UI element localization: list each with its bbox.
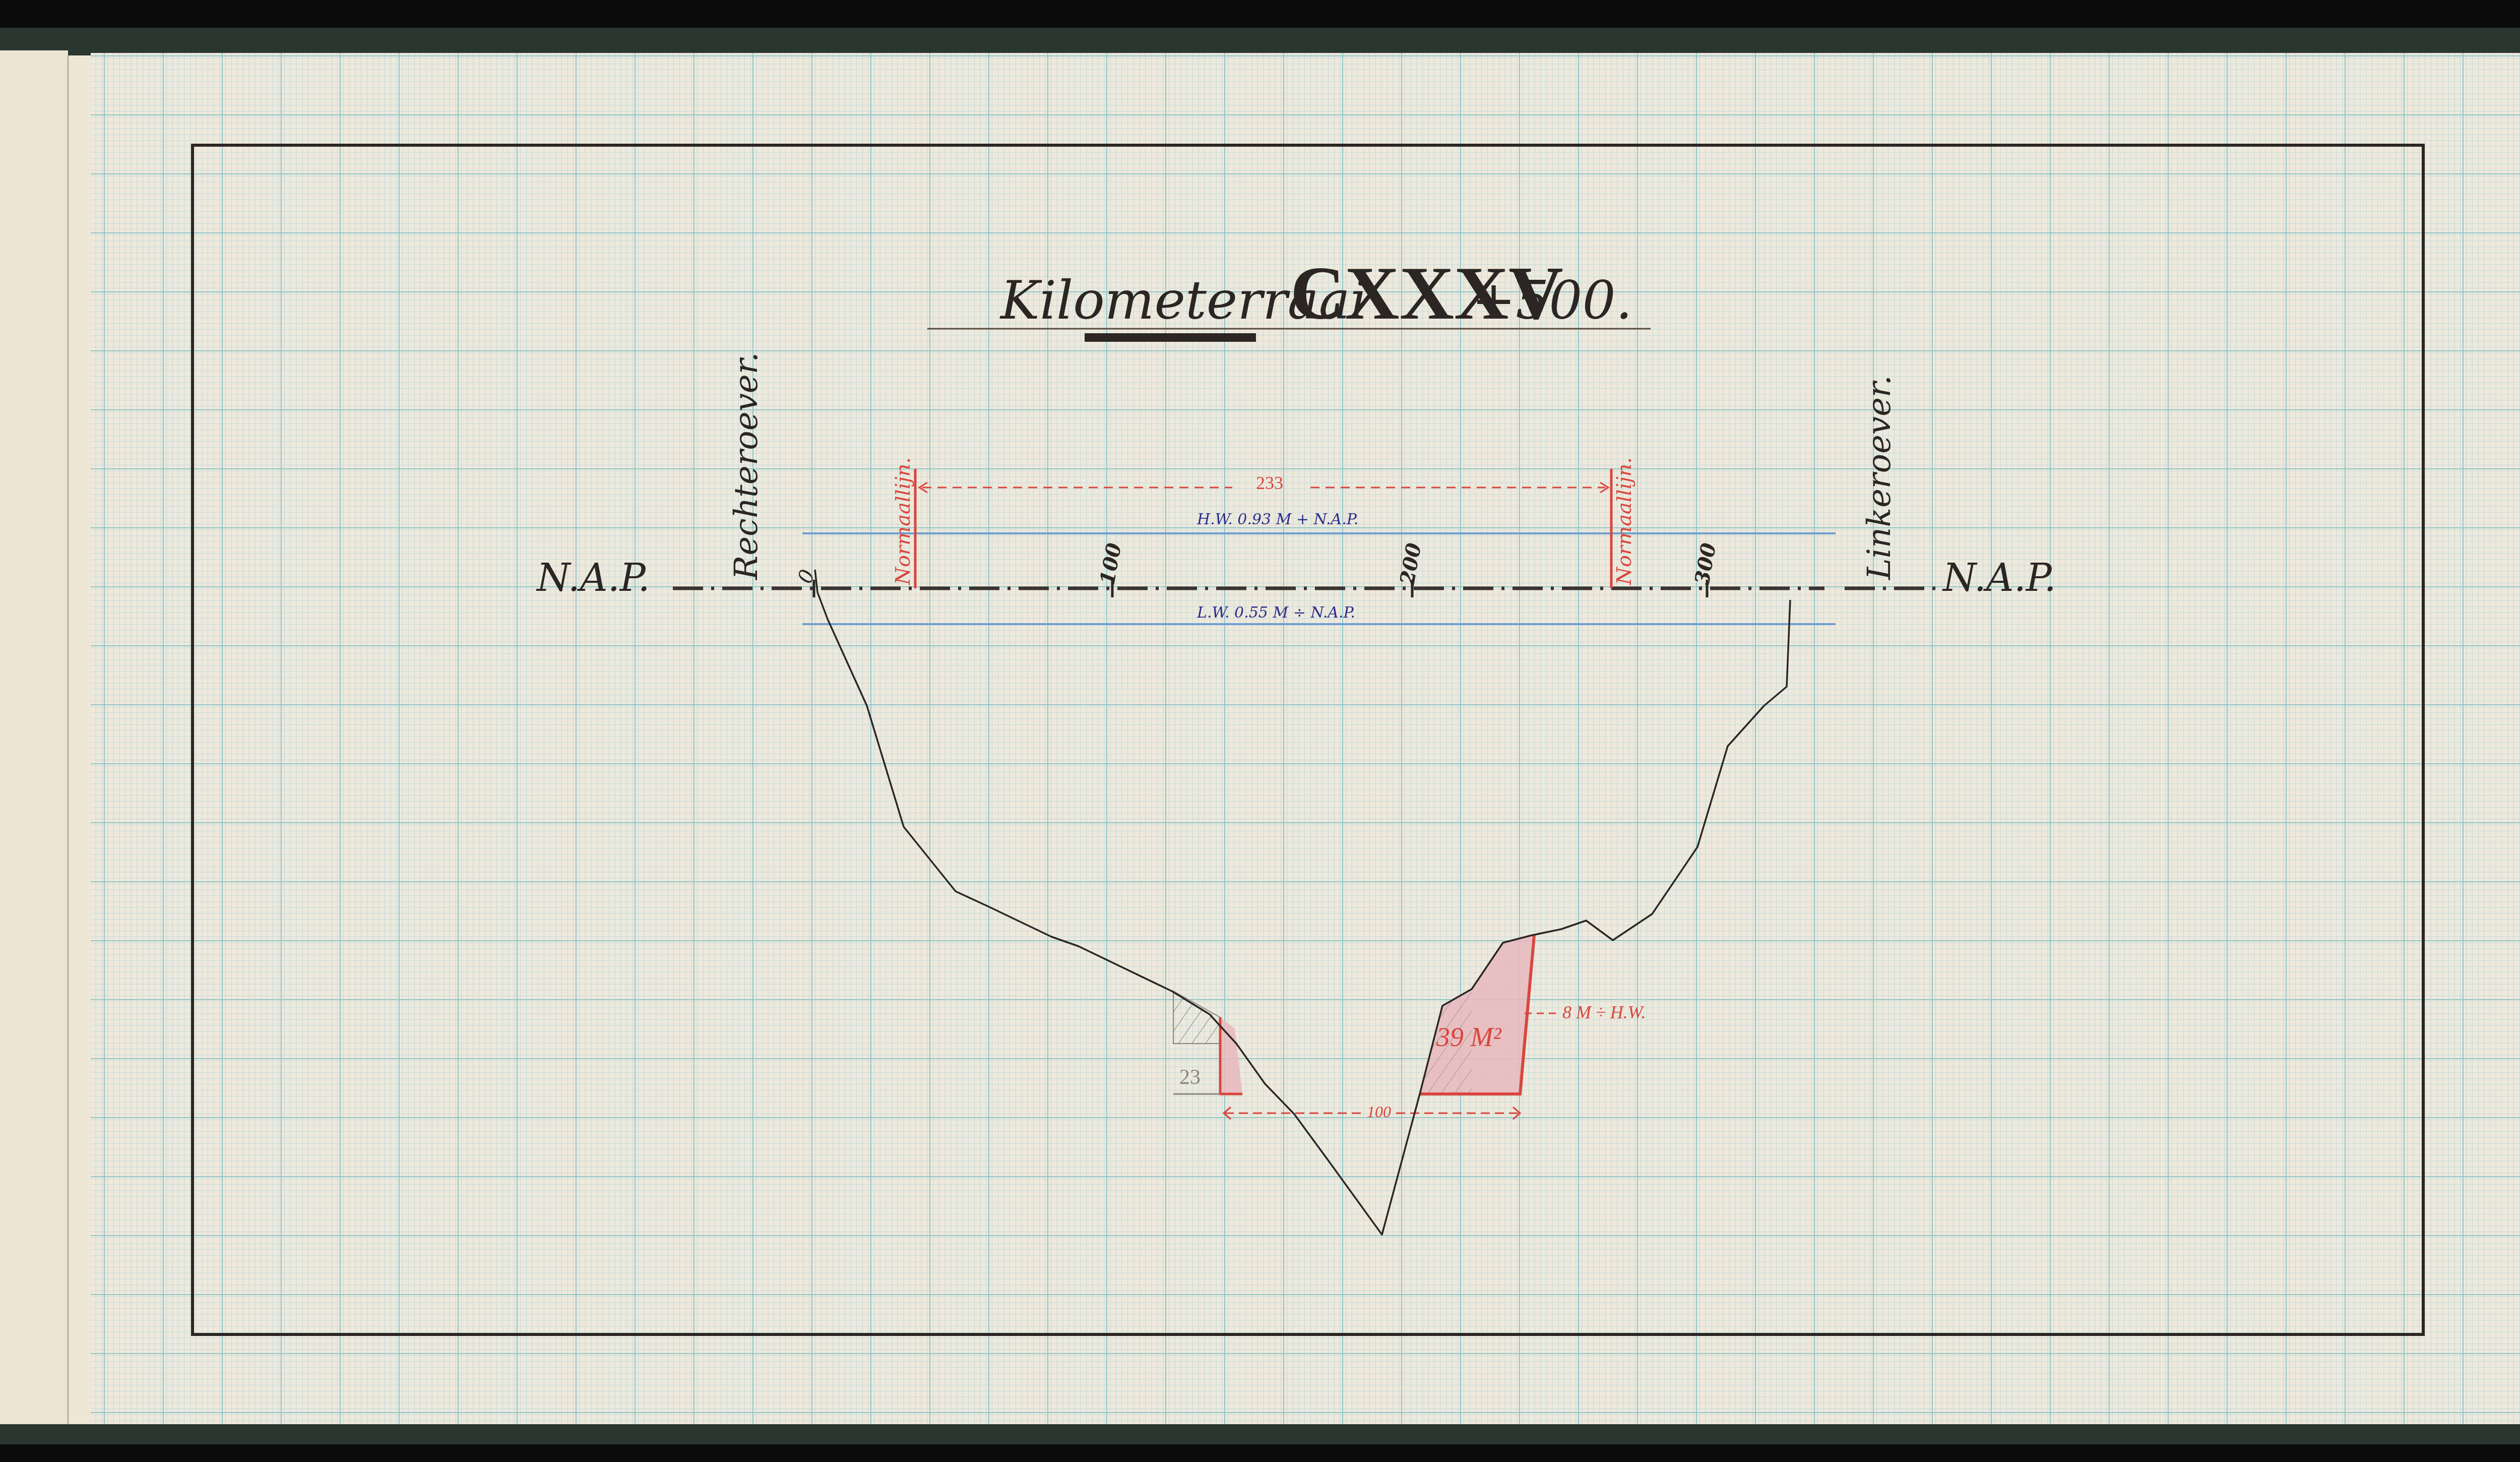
normal-line-left: Normaallijn. [892, 457, 915, 588]
normal-line-left-label: Normaallijn. [892, 457, 915, 585]
right-bank-label: Rechteroever. [728, 352, 765, 580]
survey-sheet: Kilometerraai CXXXV +500. H.W. 0.93 M + … [0, 0, 2520, 1462]
low-water-label: L.W. 0.55 M ÷ N.A.P. [1196, 604, 1355, 622]
title-underline-bar [1085, 333, 1256, 342]
high-water-label: H.W. 0.93 M + N.A.P. [1196, 511, 1358, 528]
binding-cloth-bottom [0, 1422, 2520, 1444]
nap-label-right: N.A.P. [1942, 555, 2056, 600]
page-gutter [68, 55, 93, 1424]
title-suffix: +500. [1472, 270, 1632, 331]
dredge-depth-label: 8 M ÷ H.W. [1562, 1002, 1646, 1022]
nap-label-left: N.A.P. [536, 555, 650, 600]
left-facing-page [0, 50, 68, 1424]
area-right-label: 39 M² [1436, 1022, 1501, 1052]
dredge-width-label: 100 [1367, 1103, 1391, 1121]
area-left-label: 23 [1179, 1066, 1201, 1089]
normal-line-right: Normaallijn. [1611, 457, 1636, 588]
normal-line-right-label: Normaallijn. [1613, 457, 1636, 585]
left-bank-label: Linkeroever. [1861, 375, 1898, 580]
normal-width-label: 233 [1256, 473, 1283, 493]
